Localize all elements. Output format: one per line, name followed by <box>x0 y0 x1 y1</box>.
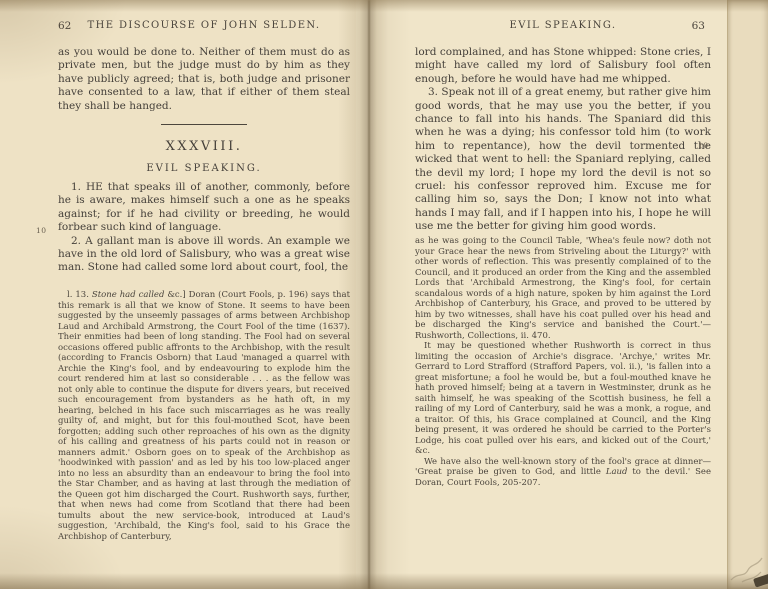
right-page-header: EVIL SPEAKING. 63 <box>415 20 711 36</box>
paragraph: We have also the well-known story of the… <box>415 457 711 489</box>
paragraph: as you would be done to. Neither of them… <box>58 46 350 113</box>
section-number: XXXVIII. <box>58 139 350 154</box>
paragraph: 3. Speak not ill of a great enemy, but r… <box>415 86 711 233</box>
paragraph: as he was going to the Council Table, 'W… <box>415 236 711 341</box>
left-page: 62 THE DISCOURSE OF JOHN SELDEN. as you … <box>0 0 356 589</box>
left-text-column: 62 THE DISCOURSE OF JOHN SELDEN. as you … <box>58 20 350 275</box>
left-body-section: 1. HE that speaks ill of another, common… <box>58 181 350 275</box>
left-footnote: l. 13. Stone had called &c.] Doran (Cour… <box>58 290 350 542</box>
left-running-header: THE DISCOURSE OF JOHN SELDEN. <box>58 20 350 31</box>
paragraph: It may be questioned whether Rushworth i… <box>415 341 711 457</box>
left-page-header: 62 THE DISCOURSE OF JOHN SELDEN. <box>58 20 350 36</box>
right-page-number: 63 <box>692 20 705 32</box>
right-footnote: as he was going to the Council Table, 'W… <box>415 236 711 488</box>
left-page-number: 62 <box>58 20 71 32</box>
left-margin-line-number: 10 <box>36 226 47 235</box>
book-fore-edge <box>727 0 768 589</box>
book-spread-scan: 62 THE DISCOURSE OF JOHN SELDEN. as you … <box>0 0 768 589</box>
paragraph: 2. A gallant man is above ill words. An … <box>58 235 350 275</box>
section-divider-rule <box>161 124 247 125</box>
paragraph: l. 13. Stone had called &c.] Doran (Cour… <box>58 290 350 542</box>
right-text-column: EVIL SPEAKING. 63 lord complained, and h… <box>415 20 711 234</box>
section-title: EVIL SPEAKING. <box>58 163 350 174</box>
paragraph: lord complained, and has Stone whipped: … <box>415 46 711 86</box>
left-body-continuation: as you would be done to. Neither of them… <box>58 46 350 113</box>
right-running-header: EVIL SPEAKING. <box>415 20 711 31</box>
paragraph: 1. HE that speaks ill of another, common… <box>58 181 350 235</box>
right-margin-line-number: 10 <box>698 141 709 150</box>
right-body: lord complained, and has Stone whipped: … <box>415 46 711 234</box>
right-page: EVIL SPEAKING. 63 lord complained, and h… <box>356 0 768 589</box>
